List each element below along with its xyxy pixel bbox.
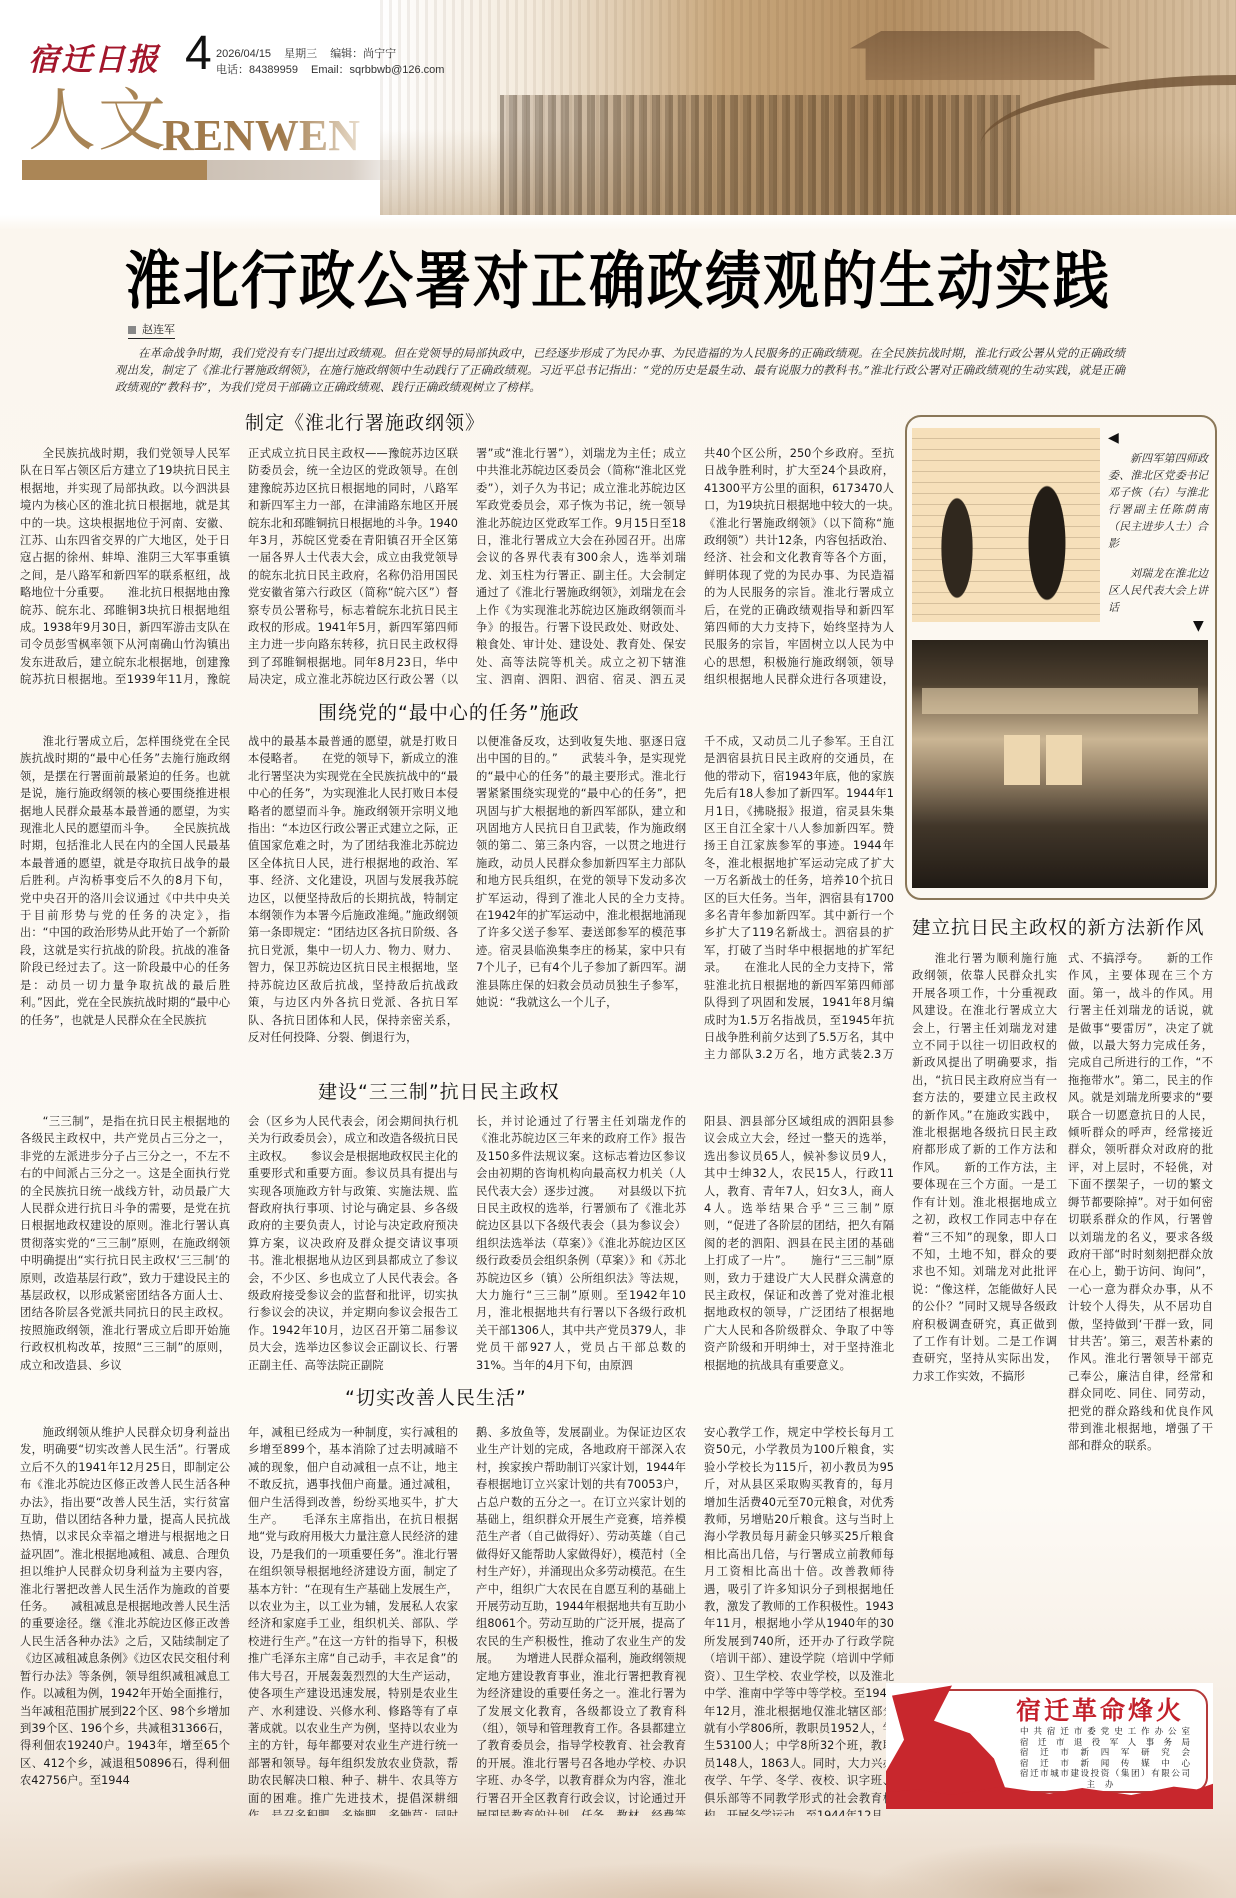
section-heading-1: 制定《淮北行署施政纲领》	[245, 408, 485, 435]
newspaper-logo: 宿迁日报	[28, 34, 160, 79]
header-photo-bridge	[980, 75, 1236, 195]
photo-caption-2: 刘瑞龙在淮北边区人民代表大会上讲话	[1108, 565, 1208, 616]
section-heading-4: “切实改善人民生活”	[345, 1383, 527, 1410]
section-4-column-2: 年，减租已经成为一种制度，实行减租的乡增至899个，基本消除了过去明减暗不减的现…	[248, 1424, 458, 1816]
photo-deng-zihui-chen-yinnan	[912, 428, 1100, 622]
section-3-column-1: “三三制”，是指在抗日民主根据地的各级民主政权中，共产党员占三分之一，非党的左派…	[20, 1113, 230, 1373]
section-1-column-1: 全民族抗战时期，我们党领导人民军队在日军占领区后方建立了19块抗日民主根据地，并…	[20, 445, 230, 689]
caption-arrow-down-icon: ▼	[1193, 618, 1204, 634]
issue-meta: 2026/04/15 星期三 编辑：尚宁宁 电话：84389959 Email：…	[216, 46, 454, 78]
organizer-3: 宿迁市新四军研究会	[1020, 1748, 1190, 1759]
article-title: 淮北行政公署对正确政绩观的生动实践	[0, 232, 1236, 322]
sponsor-title: 宿迁革命烽火	[1016, 1691, 1184, 1727]
section-name-cn: 人文	[28, 84, 168, 160]
section-4-column-4: 安心教学工作，规定中学校长每月工资50元，小学教员为100斤粮食，实验小学校长为…	[704, 1424, 894, 1816]
issue-date: 2026/04/15	[216, 48, 271, 60]
issue-editor: 编辑：尚宁宁	[330, 48, 396, 60]
organizer-5: 宿迁市城市建设投资（集团）有限公司	[1020, 1769, 1190, 1780]
organizer-1: 中共宿迁市委党史工作办公室	[1020, 1727, 1190, 1738]
organizer-2: 宿迁市退役军人事务局	[1020, 1738, 1190, 1749]
section-heading-2: 围绕党的“最中心的任务”施政	[318, 698, 580, 725]
section-2-column-1: 淮北行署成立后，怎样围绕党在全民族抗战时期的“最中心任务”去施行施政纲领，是摆在…	[20, 733, 230, 1063]
sponsor-organizers: 中共宿迁市委党史工作办公室 宿迁市退役军人事务局 宿迁市新四军研究会 宿迁市新闻…	[1020, 1727, 1190, 1790]
sponsor-box: 宿迁革命烽火 中共宿迁市委党史工作办公室 宿迁市退役军人事务局 宿迁市新四军研究…	[886, 1683, 1213, 1809]
section-heading-right: 建立抗日民主政权的新方法新作风	[912, 914, 1205, 940]
section-1-column-2: 正式成立抗日民主政权——豫皖苏边区联防委员会，统一全边区的党政领导。在创建豫皖苏…	[248, 445, 458, 689]
section-4-column-3: 鹅、多放鱼等，发展副业。为保证边区农业生产计划的完成，各地政府干部深入农村，挨家…	[476, 1424, 686, 1816]
host-label: 主办	[1020, 1780, 1190, 1791]
author-name: 赵连军	[142, 323, 175, 336]
page-number: 4	[185, 26, 212, 81]
section-1-column-3: 署”或“淮北行署”），刘瑞龙为主任；成立中共淮北苏皖边区委员会（简称“淮北区党委…	[476, 445, 686, 689]
section-2-column-2: 战中的最基本最普通的愿望，就是打败日本侵略者。 在党的领导下，新成立的淮北行署坚…	[248, 733, 458, 1063]
header-photo-banner	[380, 0, 1236, 215]
section-name-en: RENWEN	[162, 110, 360, 161]
section-1-column-4: 共40个区公所，250个乡政府。至抗日战争胜利时，扩大至24个县政府，41300…	[704, 445, 894, 689]
section-4-column-1: 施政纲领从维护人民群众切身利益出发，明确要“切实改善人民生活”。行署成立后不久的…	[20, 1424, 230, 1816]
article-intro: 在革命战争时期，我们党没有专门提出过政绩观。但在党领导的局部执政中，已经逐步形成…	[115, 345, 1125, 396]
issue-email[interactable]: Email：sqrbbwb@126.com	[311, 64, 444, 76]
header-photo-crowd	[500, 95, 1020, 215]
right-section-column-1: 淮北行署为顺利施行施政纲领，依靠人民群众扎实开展各项工作，十分重视政风建设。在淮…	[912, 950, 1057, 1660]
section-2-column-3: 以便准备反攻，达到收复失地、驱逐日寇出中国的目的。” 武装斗争，是实现党的“最中…	[476, 733, 686, 1063]
issue-weekday: 星期三	[284, 48, 317, 60]
section-heading-3: 建设“三三制”抗日民主政权	[318, 1077, 560, 1104]
right-section-column-2: 式、不搞浮夸。 新的工作作风，主要体现在三个方面。第一，战斗的作风。用行署主任刘…	[1068, 950, 1213, 1660]
article-byline: 赵连军	[128, 321, 175, 339]
byline-square-icon	[128, 326, 136, 334]
organizer-4: 宿迁市新闻传媒中心	[1020, 1759, 1190, 1770]
photo-caption-1: 新四军第四师政委、淮北区党委书记邓子恢（右）与淮北行署副主任陈荫南（民主进步人士…	[1108, 450, 1208, 552]
section-3-column-3: 长，并讨论通过了行署主任刘瑞龙作的《淮北苏皖边区三年来的政府工作》报告及150多…	[476, 1113, 686, 1373]
photo-liu-ruilong-speech	[912, 640, 1208, 888]
landscape-background	[0, 1800, 1236, 1898]
section-3-column-2: 会（区乡为人民代表会，闭会期间执行机关为行政委员会），成立和改造各级抗日民主政权…	[248, 1113, 458, 1373]
header-photo-gate	[850, 10, 1110, 80]
section-3-column-4: 阳县、泗县部分区域组成的泗阳县参议会成立大会，经过一整天的选举，选出参议员65人…	[704, 1113, 894, 1373]
section-color-bar	[22, 160, 412, 180]
issue-phone: 电话：84389959	[216, 64, 298, 76]
section-2-column-4: 千不成，又动员二儿子参军。王自江是泗宿县抗日民主政府的交通员，在他的带动下，宿1…	[704, 733, 894, 1063]
caption-arrow-left-icon: ◀	[1108, 430, 1119, 446]
